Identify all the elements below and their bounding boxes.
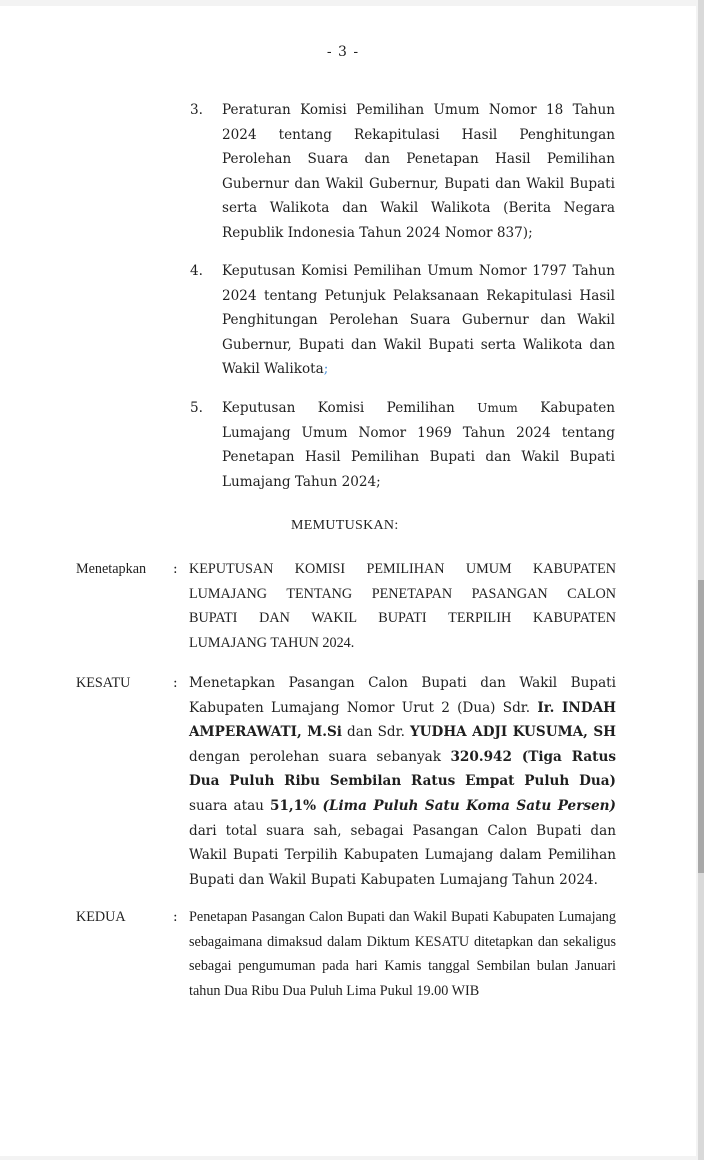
menetapkan-label: Menetapkan <box>76 557 146 582</box>
list-item-small-word: Umum <box>477 401 518 415</box>
kesatu-row: KESATU : Menetapkan Pasangan Calon Bupat… <box>76 671 616 892</box>
kedua-row: KEDUA : Penetapan Pasangan Calon Bupati … <box>76 905 616 1003</box>
colon: : <box>173 557 178 582</box>
list-item-body: Keputusan Komisi Pemilihan Umum Nomor 17… <box>222 263 615 377</box>
section-heading-memutuskan: MEMUTUSKAN: <box>291 518 399 534</box>
list-item-text: Keputusan Komisi Pemilihan Umum Nomor 17… <box>222 259 615 382</box>
kedua-text: Penetapan Pasangan Calon Bupati dan Waki… <box>189 905 616 1003</box>
vote-percentage-words: (Lima Puluh Satu Koma Satu Persen) <box>316 798 616 814</box>
kesatu-label: KESATU <box>76 671 130 696</box>
menetapkan-line: LUMAJANG TENTANG PENETAPAN PASANGAN CALO… <box>189 582 616 607</box>
menetapkan-text: KEPUTUSAN KOMISI PEMILIHAN UMUM KABUPATE… <box>189 557 616 655</box>
menetapkan-line: KEPUTUSAN KOMISI PEMILIHAN UMUM KABUPATE… <box>189 557 616 582</box>
kedua-label: KEDUA <box>76 905 126 930</box>
menetapkan-line: BUPATI DAN WAKIL BUPATI TERPILIH KABUPAT… <box>189 606 616 631</box>
list-item-3: 3. Peraturan Komisi Pemilihan Umum Nomor… <box>190 98 615 246</box>
list-item-text: Peraturan Komisi Pemilihan Umum Nomor 18… <box>222 98 615 246</box>
kesatu-text-part: suara atau <box>189 798 270 814</box>
menetapkan-row: Menetapkan : KEPUTUSAN KOMISI PEMILIHAN … <box>76 557 616 655</box>
list-item-5: 5. Keputusan Komisi Pemilihan Umum Kabup… <box>190 396 615 494</box>
kesatu-text-part: dan Sdr. <box>342 724 410 740</box>
list-item-number: 3. <box>190 98 203 123</box>
kesatu-text-part: dengan perolehan suara sebanyak <box>189 749 450 765</box>
colon: : <box>173 905 178 930</box>
list-item-text: Keputusan Komisi Pemilihan Umum Kabupate… <box>222 396 615 494</box>
scrollbar-thumb[interactable] <box>698 580 704 873</box>
page-number: - 3 - <box>0 44 686 60</box>
semicolon-mark: ; <box>324 361 329 377</box>
vote-percentage: 51,1% <box>270 798 316 814</box>
list-item-number: 4. <box>190 259 203 284</box>
candidate-wakil-bupati-name: YUDHA ADJI KUSUMA, SH <box>410 724 616 740</box>
list-item-body-a: Keputusan Komisi Pemilihan <box>222 400 477 416</box>
menetapkan-line: LUMAJANG TAHUN 2024. <box>189 631 616 656</box>
list-item-number: 5. <box>190 396 203 421</box>
colon: : <box>173 671 178 696</box>
kesatu-text: Menetapkan Pasangan Calon Bupati dan Wak… <box>189 671 616 892</box>
list-item-4: 4. Keputusan Komisi Pemilihan Umum Nomor… <box>190 259 615 382</box>
kesatu-text-part: dari total suara sah, sebagai Pasangan C… <box>189 823 616 888</box>
